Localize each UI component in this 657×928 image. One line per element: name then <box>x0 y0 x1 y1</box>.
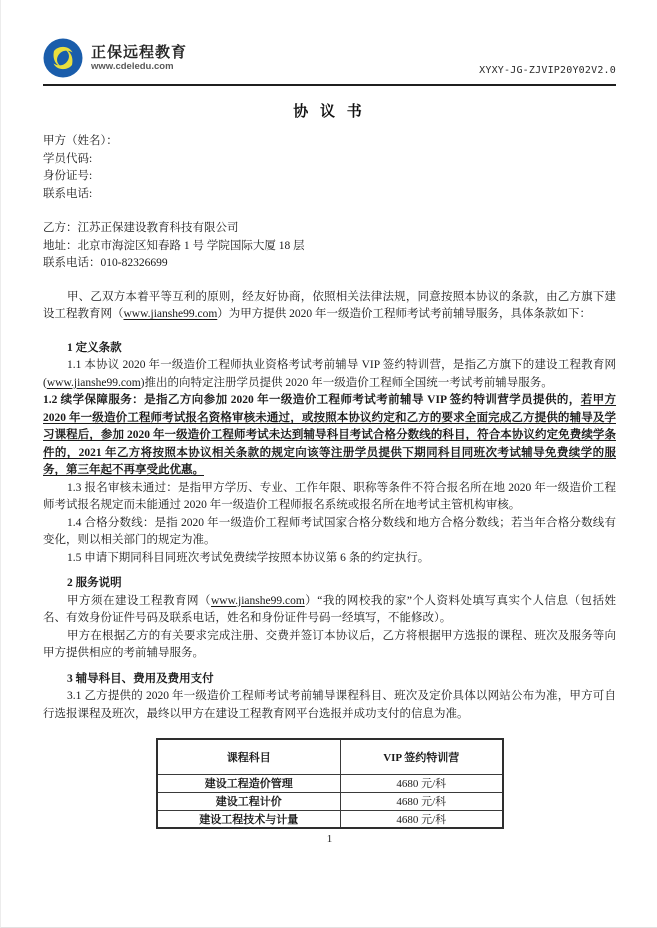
party-b-line: 乙方：江苏正保建设教育科技有限公司 <box>43 220 616 238</box>
document-code: XYXY-JG-ZJVIP20Y02V2.0 <box>479 65 616 78</box>
party-a-line: 学员代码: <box>43 151 616 169</box>
party-a-line: 身份证号: <box>43 168 616 186</box>
party-b-line: 地址：北京市海淀区知春路 1 号 学院国际大厦 18 层 <box>43 238 616 256</box>
website-link: www.jianshe99.com <box>124 308 218 320</box>
fee-table: 课程科目VIP 签约特训营 建设工程造价管理4680 元/科建设工程计价4680… <box>156 738 504 829</box>
fee-table-header-cell: VIP 签约特训营 <box>341 739 503 774</box>
document-body: 甲、乙双方本着平等互利的原则，经友好协商，依照相关法律法规，同意按照本协议的条款… <box>43 289 616 724</box>
paragraph: 1.2 续学保障服务：是指乙方向参加 2020 年一级造价工程师考试考前辅导 V… <box>43 392 616 480</box>
page-header: 正保远程教育 www.cdeledu.com XYXY-JG-ZJVIP20Y0… <box>43 0 616 78</box>
paragraph: 1.4 合格分数线：是指 2020 年一级造价工程师考试国家合格分数线和地方合格… <box>43 515 616 550</box>
table-row: 建设工程技术与计量4680 元/科 <box>157 810 503 828</box>
paragraph: 1.3 报名审核未通过：是指甲方学历、专业、工作年限、职称等条件不符合报名所在地… <box>43 480 616 515</box>
section-heading: 2 服务说明 <box>43 575 616 593</box>
logo: 正保远程教育 www.cdeledu.com <box>43 38 187 78</box>
document-page: 正保远程教育 www.cdeledu.com XYXY-JG-ZJVIP20Y0… <box>0 0 657 928</box>
paragraph: 甲、乙双方本着平等互利的原则，经友好协商，依照相关法律法规，同意按照本协议的条款… <box>43 289 616 324</box>
page-number: 1 <box>43 833 616 845</box>
fee-table-header-cell: 课程科目 <box>157 739 341 774</box>
price-cell: 4680 元/科 <box>341 774 503 792</box>
course-cell: 建设工程造价管理 <box>157 774 341 792</box>
price-cell: 4680 元/科 <box>341 810 503 828</box>
logo-text: 正保远程教育 www.cdeledu.com <box>91 44 187 73</box>
table-row: 建设工程计价4680 元/科 <box>157 792 503 810</box>
paragraph: 甲方须在建设工程教育网（www.jianshe99.com）“我的网校我的家”个… <box>43 593 616 628</box>
section-heading: 3 辅导科目、费用及费用支付 <box>43 671 616 689</box>
price-cell: 4680 元/科 <box>341 792 503 810</box>
party-a-line: 联系电话: <box>43 186 616 204</box>
section-heading: 1 定义条款 <box>43 340 616 358</box>
paragraph: 1.1 本协议 2020 年一级造价工程师执业资格考试考前辅导 VIP 签约特训… <box>43 357 616 392</box>
fee-table-header-row: 课程科目VIP 签约特训营 <box>157 739 503 774</box>
paragraph: 1.5 申请下期同科目同班次考试免费续学按照本协议第 6 条的约定执行。 <box>43 550 616 568</box>
website-link: www.jianshe99.com <box>211 595 305 607</box>
company-url: www.cdeledu.com <box>91 61 187 73</box>
company-logo-icon <box>43 38 83 78</box>
document-title: 协 议 书 <box>43 100 616 121</box>
paragraph: 3.1 乙方提供的 2020 年一级造价工程师考试考前辅导课程科目、班次及定价具… <box>43 688 616 723</box>
website-link: www.jianshe99.com <box>47 377 141 389</box>
course-cell: 建设工程技术与计量 <box>157 810 341 828</box>
party-a-line: 甲方（姓名）： <box>43 133 616 151</box>
party-a-block: 甲方（姓名）：学员代码:身份证号:联系电话: <box>43 133 616 203</box>
company-name: 正保远程教育 <box>91 44 187 61</box>
course-cell: 建设工程计价 <box>157 792 341 810</box>
table-row: 建设工程造价管理4680 元/科 <box>157 774 503 792</box>
party-b-line: 联系电话：010-82326699 <box>43 255 616 273</box>
paragraph: 甲方在根据乙方的有关要求完成注册、交费并签订本协议后，乙方将根据甲方选报的课程、… <box>43 628 616 663</box>
party-b-block: 乙方：江苏正保建设教育科技有限公司地址：北京市海淀区知春路 1 号 学院国际大厦… <box>43 220 616 273</box>
fee-table-body: 建设工程造价管理4680 元/科建设工程计价4680 元/科建设工程技术与计量4… <box>157 774 503 828</box>
header-divider <box>43 84 616 86</box>
